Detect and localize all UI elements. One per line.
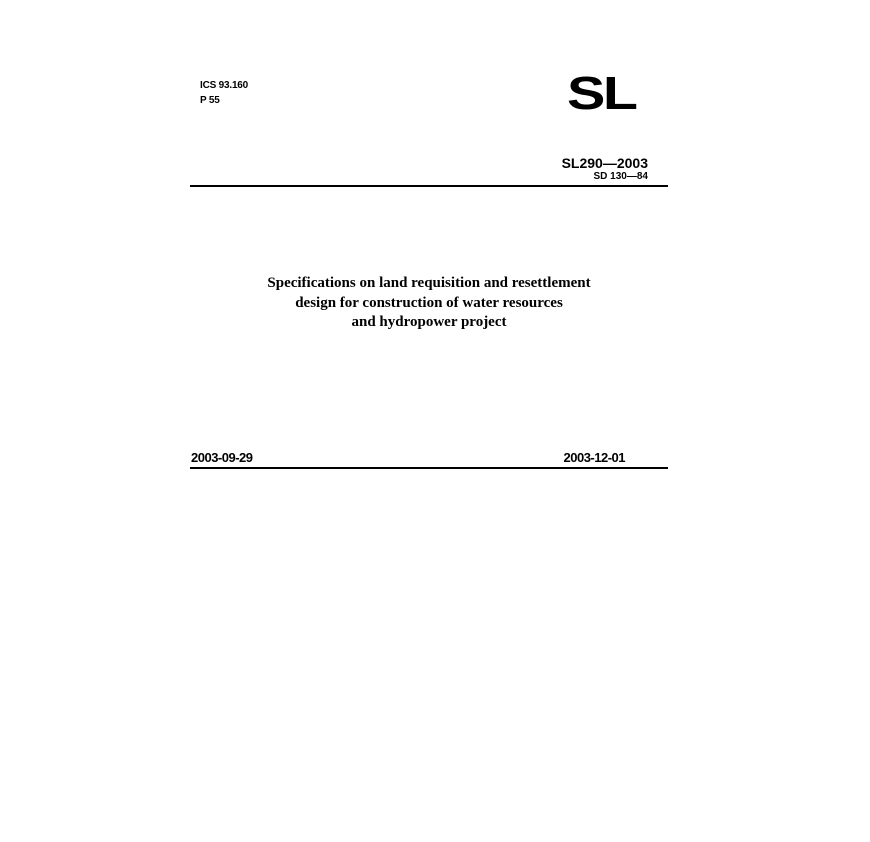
implementation-date: 2003-12-01 <box>564 450 626 465</box>
title-line: Specifications on land requisition and r… <box>190 274 668 294</box>
standard-number: SL290—2003 <box>562 155 648 171</box>
footer-rule <box>190 467 668 469</box>
ics-code: ICS 93.160 <box>200 80 248 91</box>
title-line: and hydropower project <box>190 313 668 333</box>
title-line: design for construction of water resourc… <box>190 294 668 314</box>
document-title: Specifications on land requisition and r… <box>190 274 668 333</box>
header-rule <box>190 185 668 187</box>
classification-code: P 55 <box>200 95 220 106</box>
sl-logo: SL <box>567 70 635 116</box>
replaced-standard: SD 130—84 <box>594 171 648 182</box>
issue-date: 2003-09-29 <box>191 450 253 465</box>
